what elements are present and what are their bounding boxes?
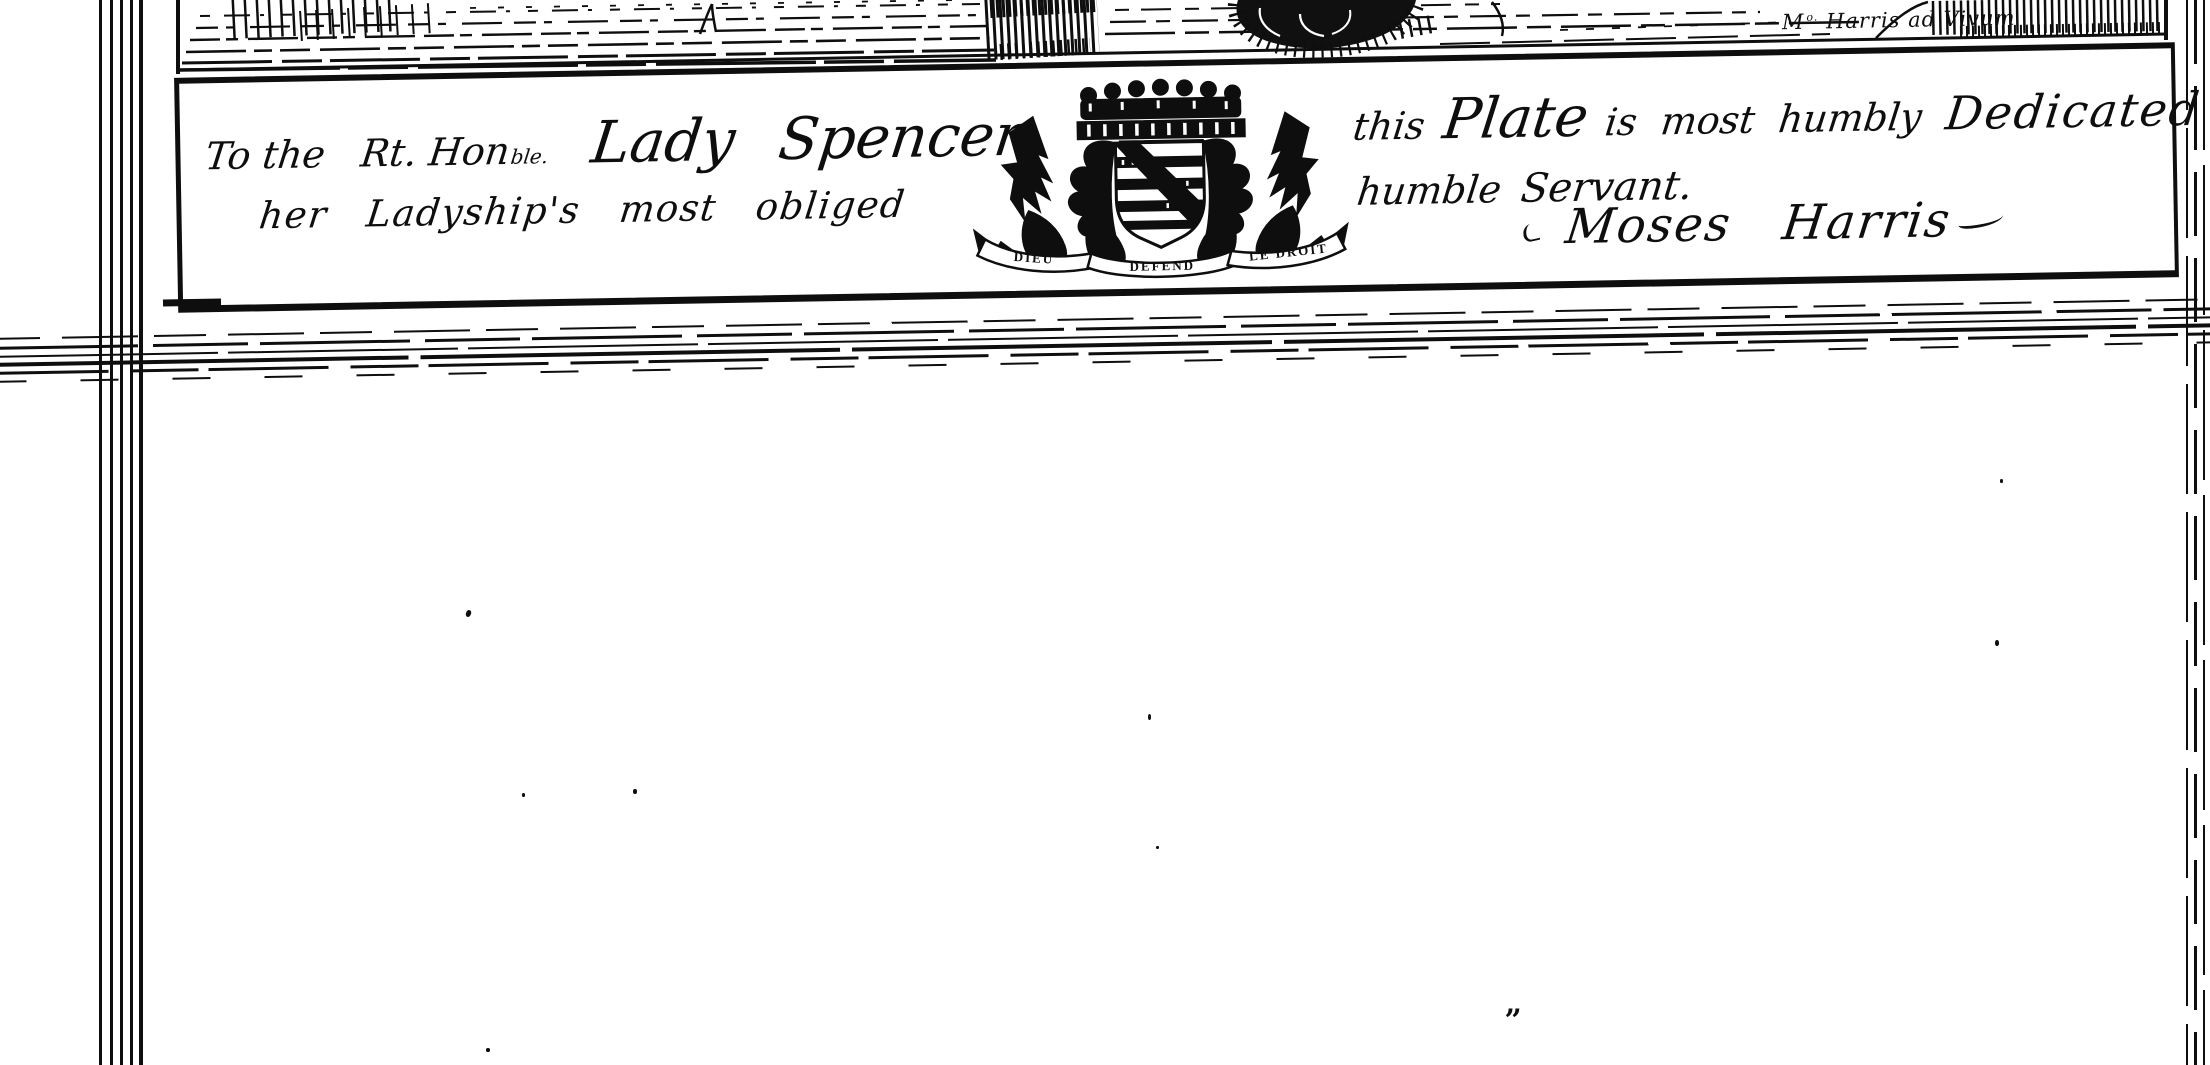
dedication-plate-word: Plate [1439,85,1592,153]
ink-speck [2000,479,2003,483]
plate-edge-line [99,0,102,1065]
fold-line [0,341,2210,383]
ink-speck [522,793,525,797]
coronet-icon [1076,78,1245,149]
signature-flourish [1523,222,1541,243]
engraver-credit: Mo. Harris ad Vivum [1782,6,2016,34]
motto-word-dieu: DIEU [1013,249,1054,267]
dedication-panel: To the Rt. Honble. Lady Spencer this Pla… [174,42,2179,313]
ink-speck [1148,714,1151,720]
supporter-left-icon [994,116,1067,270]
ground-hatching-right [1105,4,1860,44]
plate-edge-line [2186,0,2188,1065]
dedication-to-the: To the [203,132,328,178]
ink-speck [1156,846,1159,849]
dedication-dedicated-word: Dedicated [1943,82,2204,141]
ink-speck [1995,640,1999,646]
coat-of-arms: DIEU DEFEND LE DROIT [968,75,1352,286]
plate-edge-line [2194,0,2197,1065]
dedication-humble-word: humble [1355,167,1504,214]
ink-speck [465,609,472,617]
dedication-line2-left-text: her Ladyship's most obliged [257,183,908,238]
dedication-line1-right: this Plate is most humbly Dedicated by [1350,72,2210,154]
fold-line [0,332,2210,375]
dedication-lady-spencer: Lady Spencer [588,101,1027,177]
shield-icon [1111,135,1209,248]
dedication-honorific: Rt. Hon [358,129,512,176]
signature-text: Moses Harris [1563,192,1955,255]
hairy-caterpillar-icon [1236,0,1432,50]
signature-swash [1959,210,2004,230]
dedication-honorific-superscript: ble. [509,144,549,169]
dedication-line1-left: To the Rt. Honble. Lady Spencer [202,101,1026,184]
plate-edge-line [2203,0,2205,1065]
ink-dash [163,298,221,306]
stray-quote-mark: „ [1505,986,1522,1021]
engraver-credit-superscript: o. [1806,11,1818,24]
ink-speck [633,789,637,794]
plate-edge-line [110,0,113,1065]
dark-foliage-wedge [986,2,1098,52]
dedication-is-most-humbly: is most humbly [1603,95,1925,145]
plant-stem-icon [1492,2,1503,36]
plate-edge-line [139,0,143,1065]
plate-edge-line [130,0,133,1065]
dedication-this: this [1351,104,1428,149]
caterpillar-prolegs-icon [232,2,432,26]
motto-word-defend: DEFEND [1129,258,1195,274]
engraver-credit-initial: M [1782,10,1805,34]
dedication-signature: Moses Harris [1521,191,2007,256]
engraver-credit-text: Harris ad Vivum [1826,6,2016,34]
plate-edge-line [120,0,123,1065]
dedication-line2-left: her Ladyship's most obliged [257,183,908,238]
scanned-plate: Mo. Harris ad Vivum To the Rt. Honble. L… [0,0,2210,1065]
ink-speck [486,1048,490,1052]
